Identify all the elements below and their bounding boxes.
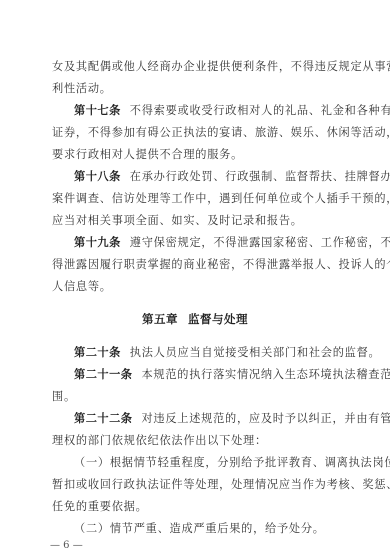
paragraph-line: 证券，不得参加有碍公正执法的宴请、旅游、娱乐、休闲等活动，不得 bbox=[52, 126, 338, 140]
chapter-heading: 第五章监督与处理 bbox=[0, 312, 390, 326]
article-22: 第二十二条对违反上述规范的，应及时予以纠正，并由有管 bbox=[74, 412, 338, 426]
article-18: 第十八条在承办行政处罚、行政强制、监督帮扶、挂牌督办、 bbox=[74, 170, 338, 184]
chapter-number: 第五章 bbox=[142, 312, 178, 326]
paragraph-line: 案件调查、信访处理等工作中，遇到任何单位或个人插手干预的， bbox=[52, 192, 338, 206]
paragraph-line: 女及其配偶或他人经商办企业提供便利条件，不得违反规定从事营 bbox=[52, 60, 338, 74]
article-text: 遵守保密规定，不得泄露国家秘密、工作秘密，不 bbox=[130, 236, 390, 249]
article-label: 第十八条 bbox=[74, 170, 121, 183]
article-text: 不得索要或收受行政相对人的礼品、礼金和各种有价 bbox=[130, 104, 390, 117]
paragraph-line: 理权的部门依规依纪依法作出以下处理： bbox=[52, 434, 338, 448]
article-text: 本规范的执行落实情况纳入生态环境执法稽查范 bbox=[141, 368, 390, 381]
article-text: 在承办行政处罚、行政强制、监督帮扶、挂牌督办、 bbox=[130, 170, 390, 183]
paragraph-line: 任免的重要依据。 bbox=[52, 500, 338, 514]
article-label: 第二十条 bbox=[74, 346, 121, 359]
article-text: 对违反上述规范的，应及时予以纠正，并由有管 bbox=[141, 412, 390, 425]
article-19: 第十九条遵守保密规定，不得泄露国家秘密、工作秘密，不 bbox=[74, 236, 338, 250]
article-17: 第十七条不得索要或收受行政相对人的礼品、礼金和各种有价 bbox=[74, 104, 338, 118]
page-number: — 6 — bbox=[50, 540, 83, 551]
document-page: 女及其配偶或他人经商办企业提供便利条件，不得违反规定从事营 利性活动。 第十七条… bbox=[0, 0, 390, 551]
article-20: 第二十条执法人员应当自觉接受相关部门和社会的监督。 bbox=[74, 346, 338, 360]
article-label: 第十七条 bbox=[74, 104, 121, 117]
list-item-2: （二）情节严重、造成严重后果的，给予处分。 bbox=[74, 522, 338, 536]
paragraph-line: 围。 bbox=[52, 390, 338, 404]
paragraph-line: 利性活动。 bbox=[52, 82, 338, 96]
article-label: 第二十二条 bbox=[74, 412, 132, 425]
chapter-title: 监督与处理 bbox=[188, 312, 248, 326]
article-text: 执法人员应当自觉接受相关部门和社会的监督。 bbox=[130, 346, 381, 359]
paragraph-line: 得泄露因履行职责掌握的商业秘密，不得泄露举报人、投诉人的个 bbox=[52, 258, 338, 272]
paragraph-line: 应当对相关事项全面、如实、及时记录和报告。 bbox=[52, 214, 338, 228]
article-label: 第十九条 bbox=[74, 236, 121, 249]
article-label: 第二十一条 bbox=[74, 368, 132, 381]
paragraph-line: 要求行政相对人提供不合理的服务。 bbox=[52, 148, 338, 162]
paragraph-line: 暂扣或收回行政执法证件等处理，处理情况应当作为考核、奖惩、 bbox=[52, 478, 338, 492]
list-item-1: （一）根据情节轻重程度，分别给予批评教育、调离执法岗位、 bbox=[74, 456, 338, 470]
article-21: 第二十一条本规范的执行落实情况纳入生态环境执法稽查范 bbox=[74, 368, 338, 382]
paragraph-line: 人信息等。 bbox=[52, 280, 338, 294]
